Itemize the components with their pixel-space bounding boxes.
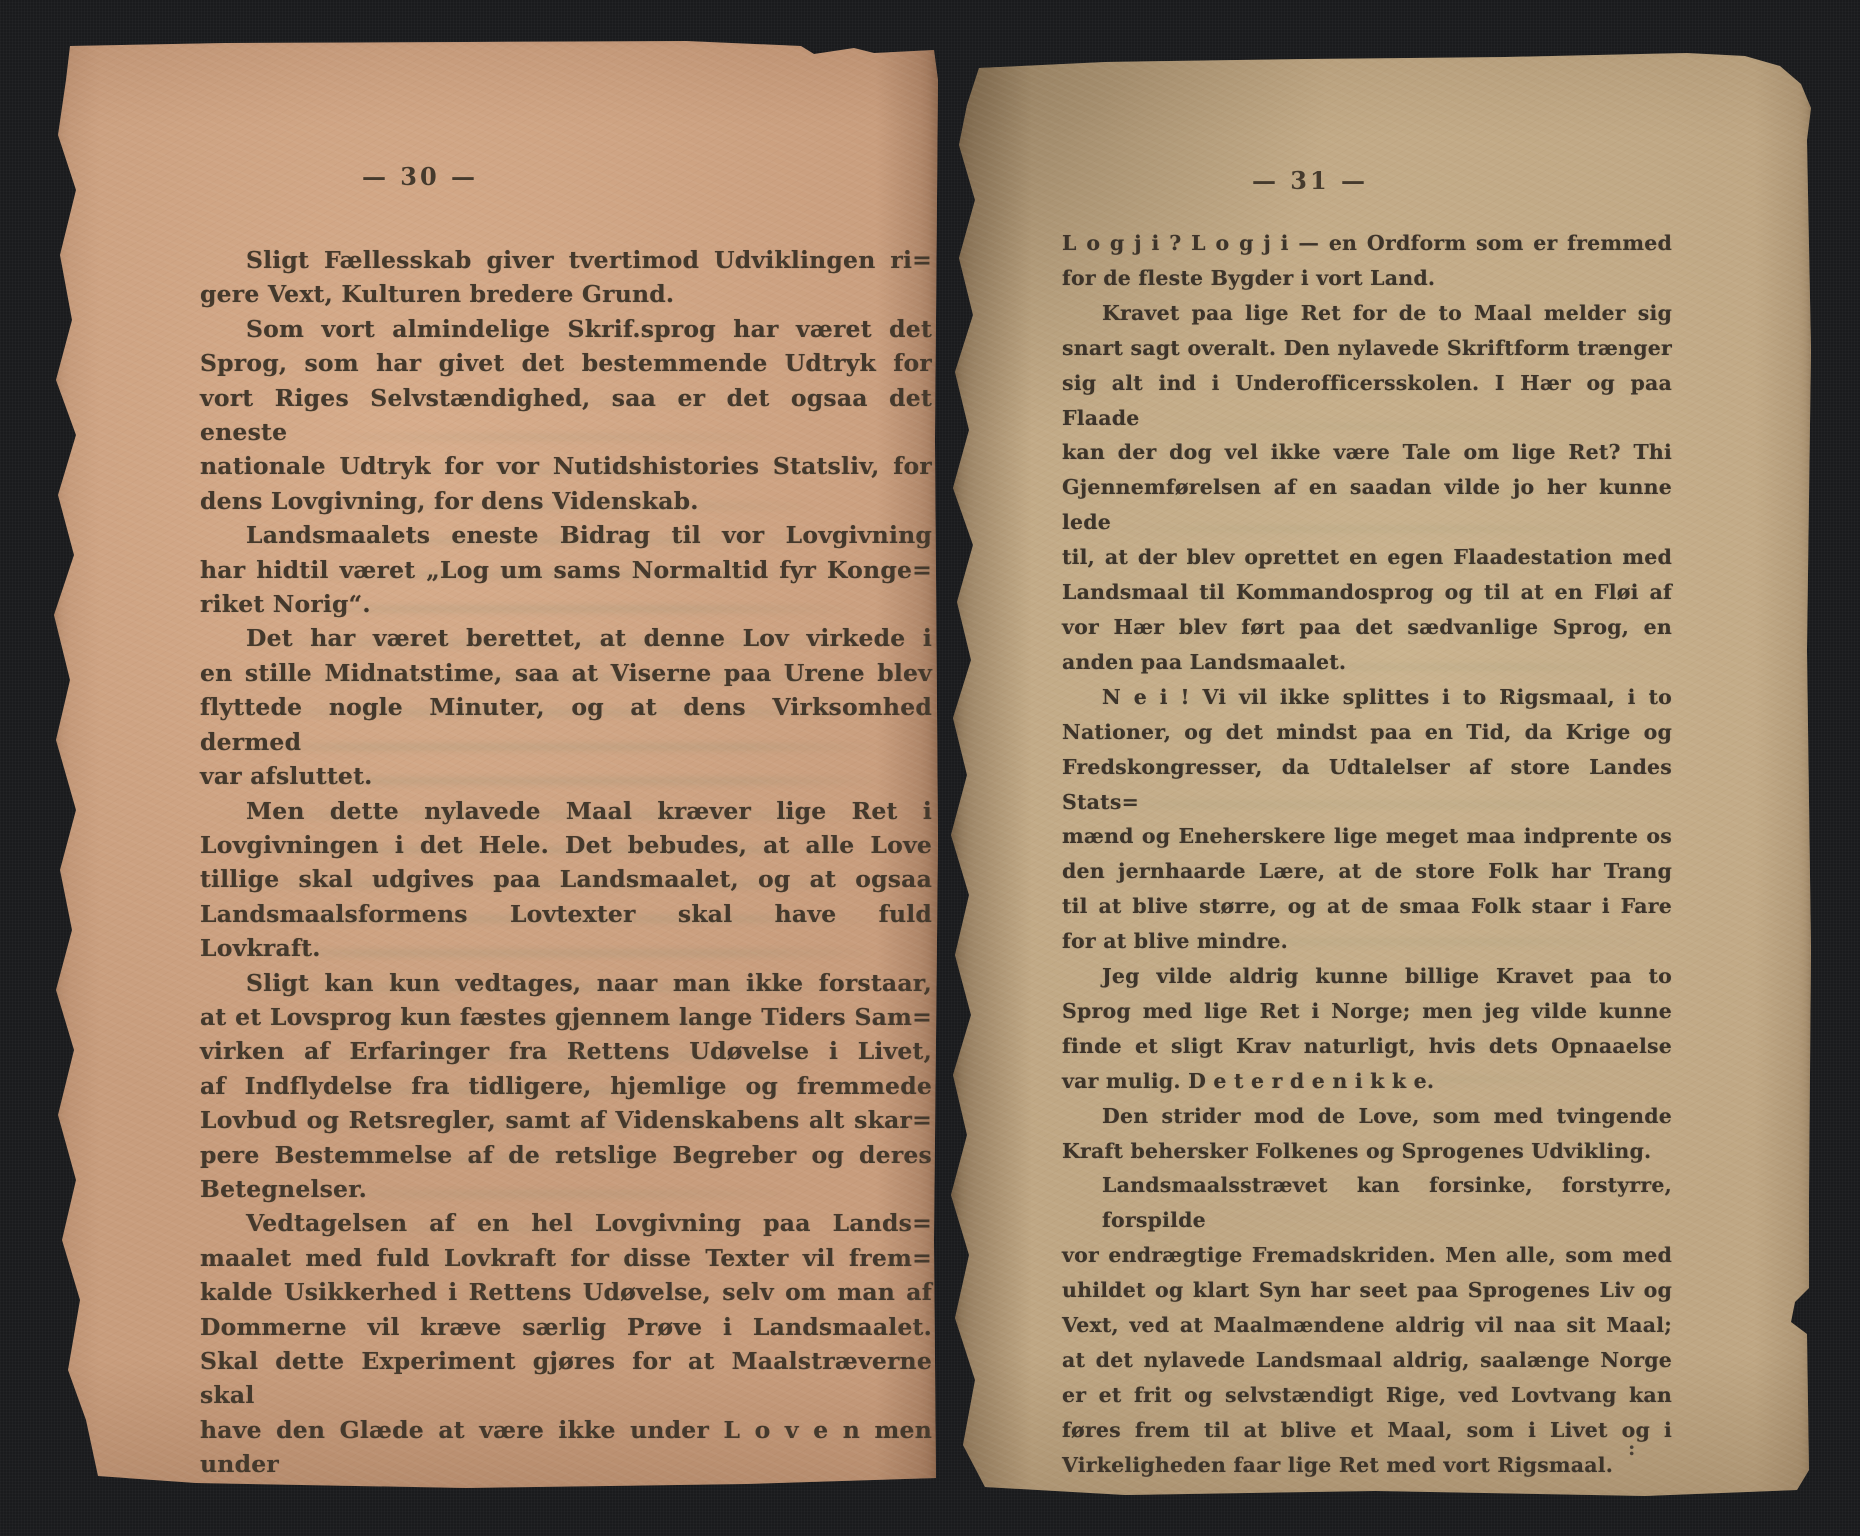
page-text-right: L o g j i ? L o g j i — en Ordform som e…	[1062, 226, 1672, 1483]
text-line: maalet med fuld Lovkraft for disse Texte…	[200, 1241, 932, 1275]
text-line: Men dette nylavede Maal kræver lige Ret …	[200, 794, 932, 828]
text-line: til at blive større, og at de smaa Folk …	[1062, 889, 1672, 924]
text-line: var afsluttet.	[200, 759, 932, 793]
text-line: var mulig. D e t e r d e n i k k e.	[1062, 1064, 1672, 1099]
book-page-left: — 30 — Sligt Fællesskab giver tvertimod …	[46, 40, 938, 1490]
text-line: Den strider mod de Love, som med tvingen…	[1062, 1099, 1672, 1134]
text-line: gere Vext, Kulturen bredere Grund.	[200, 277, 932, 311]
text-line: finde et sligt Krav naturligt, hvis dets…	[1062, 1029, 1672, 1064]
text-line: vor Hær blev ført paa det sædvanlige Spr…	[1062, 610, 1672, 645]
text-line: den jernhaarde Lære, at de store Folk ha…	[1062, 854, 1672, 889]
text-line: Skal dette Experiment gjøres for at Maal…	[200, 1344, 932, 1413]
text-line: Betegnelser.	[200, 1172, 932, 1206]
book-page-right: — 31 — L o g j i ? L o g j i — en Ordfor…	[945, 50, 1815, 1500]
text-line: kalde Usikkerhed i Rettens Udøvelse, sel…	[200, 1275, 932, 1309]
text-line: Landsmaal til Kommandosprog og til at en…	[1062, 575, 1672, 610]
text-line: Jeg vilde aldrig kunne billige Kravet pa…	[1062, 959, 1672, 994]
text-line: at det nylavede Landsmaal aldrig, saalæn…	[1062, 1343, 1672, 1378]
text-line: Lovkraft.	[200, 931, 932, 965]
text-line: dens Lovgivning, for dens Videnskab.	[200, 484, 932, 518]
text-line: Nationer, og det mindst paa en Tid, da K…	[1062, 715, 1672, 750]
text-line: have den Glæde at være ikke under L o v …	[200, 1413, 932, 1482]
text-line: Gjennemførelsen af en saadan vilde jo he…	[1062, 470, 1672, 540]
text-line: riket Norig“.	[200, 587, 932, 621]
text-line: en stille Midnatstime, saa at Viserne pa…	[200, 656, 932, 690]
text-line: Sligt kan kun vedtages, naar man ikke fo…	[200, 966, 932, 1000]
text-line: Fredskongresser, da Udtalelser af store …	[1062, 750, 1672, 820]
text-line: vor endrægtige Fremadskriden. Men alle, …	[1062, 1238, 1672, 1273]
text-line: tillige skal udgives paa Landsmaalet, og…	[200, 862, 932, 896]
text-line: snart sagt overalt. Den nylavede Skriftf…	[1062, 331, 1672, 366]
text-line: uhildet og klart Syn har seet paa Sproge…	[1062, 1273, 1672, 1308]
text-line: Lovbud og Retsregler, samt af Videnskabe…	[200, 1103, 932, 1137]
text-line: føres frem til at blive et Maal, som i L…	[1062, 1413, 1672, 1448]
text-line: Landsmaalets eneste Bidrag til vor Lovgi…	[200, 518, 932, 552]
text-line: for de fleste Bygder i vort Land.	[1062, 261, 1672, 296]
text-line: flyttede nogle Minuter, og at dens Virks…	[200, 690, 932, 759]
page-number-left: — 30 —	[46, 162, 938, 191]
text-line: pere Bestemmelse af de retslige Begreber…	[200, 1138, 932, 1172]
text-line: vort Riges Selvstændighed, saa er det og…	[200, 381, 932, 450]
text-line: nationale Udtryk for vor Nutidshistories…	[200, 449, 932, 483]
text-line: Sprog, som har givet det bestemmende Udt…	[200, 346, 932, 380]
text-line: kan der dog vel ikke være Tale om lige R…	[1062, 435, 1672, 470]
text-line: Landsmaalsformens Lovtexter skal have fu…	[200, 897, 932, 931]
text-line: Vext, ved at Maalmændene aldrig vil naa …	[1062, 1308, 1672, 1343]
page-number-right: — 31 —	[945, 166, 1815, 195]
text-line: N e i ! Vi vil ikke splittes i to Rigsma…	[1062, 680, 1672, 715]
text-line: Kraft behersker Folkenes og Sprogenes Ud…	[1062, 1134, 1672, 1169]
text-line: L o g j i ? L o g j i — en Ordform som e…	[1062, 226, 1672, 261]
text-line: virken af Erfaringer fra Rettens Udøvels…	[200, 1034, 932, 1068]
text-line: anden paa Landsmaalet.	[1062, 645, 1672, 680]
book-scan: — 30 — Sligt Fællesskab giver tvertimod …	[0, 0, 1860, 1536]
text-line: Virkeligheden faar lige Ret med vort Rig…	[1062, 1448, 1672, 1483]
text-line: Sligt Fællesskab giver tvertimod Udvikli…	[200, 243, 932, 277]
text-line: Lovgivningen i det Hele. Det bebudes, at…	[200, 828, 932, 862]
text-line: Dommerne vil kræve særlig Prøve i Landsm…	[200, 1310, 932, 1344]
ink-speck: :	[1628, 1436, 1635, 1460]
text-line: Sprog med lige Ret i Norge; men jeg vild…	[1062, 994, 1672, 1029]
text-line: mænd og Eneherskere lige meget maa indpr…	[1062, 819, 1672, 854]
text-line: Landsmaalsstrævet kan forsinke, forstyrr…	[1062, 1168, 1672, 1238]
text-line: Som vort almindelige Skrif.sprog har vær…	[200, 312, 932, 346]
text-line: af Indflydelse fra tidligere, hjemlige o…	[200, 1069, 932, 1103]
text-line: til, at der blev oprettet en egen Flaade…	[1062, 540, 1672, 575]
text-line: for at blive mindre.	[1062, 924, 1672, 959]
text-line: Det har været berettet, at denne Lov vir…	[200, 621, 932, 655]
text-line: Vedtagelsen af en hel Lovgivning paa Lan…	[200, 1206, 932, 1240]
text-line: at et Lovsprog kun fæstes gjennem lange …	[200, 1000, 932, 1034]
text-line: har hidtil været „Log um sams Normaltid …	[200, 553, 932, 587]
page-text-left: Sligt Fællesskab giver tvertimod Udvikli…	[200, 243, 932, 1482]
text-line: Kravet paa lige Ret for de to Maal melde…	[1062, 296, 1672, 331]
text-line: er et frit og selvstændigt Rige, ved Lov…	[1062, 1378, 1672, 1413]
text-line: sig alt ind i Underofficersskolen. I Hær…	[1062, 366, 1672, 436]
